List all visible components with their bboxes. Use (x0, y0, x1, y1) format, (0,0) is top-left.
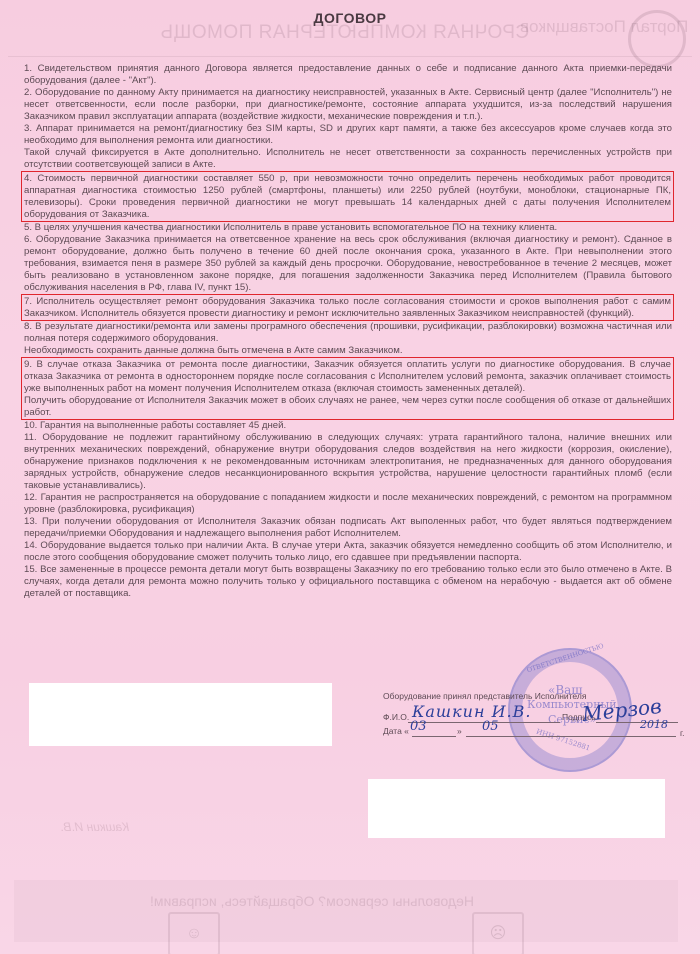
clause: 2. Оборудование по данному Акту принимае… (24, 87, 672, 123)
clause: 15. Все замененные в процессе ремонта де… (24, 564, 672, 600)
clause: 12. Гарантия не распространяется на обор… (24, 492, 672, 516)
date-label: Дата « (383, 726, 409, 736)
clause: Необходимость сохранить данные должна бы… (24, 345, 672, 357)
redaction-box-right (368, 779, 665, 838)
happy-face-icon: ☺ (168, 912, 220, 954)
clause: 14. Оборудование выдается только при нал… (24, 540, 672, 564)
highlighted-clause: 4. Стоимость первичной диагностики соста… (21, 171, 674, 222)
document-page: СРОЧНАЯ КОМПЬЮТЕРНАЯ ПОМОЩЬ Портал Поста… (0, 0, 700, 954)
date-day-line (412, 736, 456, 737)
clause: 13. При получении оборудования от Исполн… (24, 516, 672, 540)
highlighted-clause: 7. Исполнитель осуществляет ремонт обору… (21, 294, 674, 321)
document-title: ДОГОВОР (0, 10, 700, 26)
clause: 1. Свидетельством принятия данного Догов… (24, 63, 672, 87)
clause: 3. Аппарат принимается на ремонт/диагнос… (24, 123, 672, 147)
ghost-footer-band (14, 880, 678, 942)
clause: Такой случай фиксируется в Акте дополнит… (24, 147, 672, 171)
year-suffix: г. (680, 728, 684, 738)
date-day-handwritten: 03 (410, 719, 427, 734)
date-month-year-line (466, 736, 676, 737)
contract-body: 1. Свидетельством принятия данного Догов… (24, 63, 672, 600)
fio-handwritten: Кашкин И.В. (412, 702, 531, 721)
ghost-footer-title: Недовольны сервисом? Обращайтесь, исправ… (150, 893, 474, 909)
sad-face-icon: ☹ (472, 912, 524, 954)
clause: 6. Оборудование Заказчика принимается на… (24, 234, 672, 294)
clause: 5. В целях улучшения качества диагностик… (24, 222, 672, 234)
ghost-header-rule (8, 56, 692, 57)
clause: 10. Гарантия на выполненные работы соста… (24, 420, 672, 432)
clause: 11. Оборудование не подлежит гарантийном… (24, 432, 672, 492)
date-year-handwritten: 2018 (640, 718, 668, 731)
date-month-handwritten: 05 (482, 719, 499, 734)
highlighted-clause: 9. В случае отказа Заказчика от ремонта … (21, 357, 674, 420)
date-quote-close: » (457, 726, 462, 736)
fio-label: Ф.И.О. (383, 712, 409, 722)
clause: 8. В результате диагностики/ремонта или … (24, 321, 672, 345)
redaction-box-left (29, 683, 332, 746)
ghost-signature-area: Кашкин И.В. (60, 820, 129, 834)
accepted-by-label: Оборудование принял представитель Исполн… (383, 691, 586, 701)
